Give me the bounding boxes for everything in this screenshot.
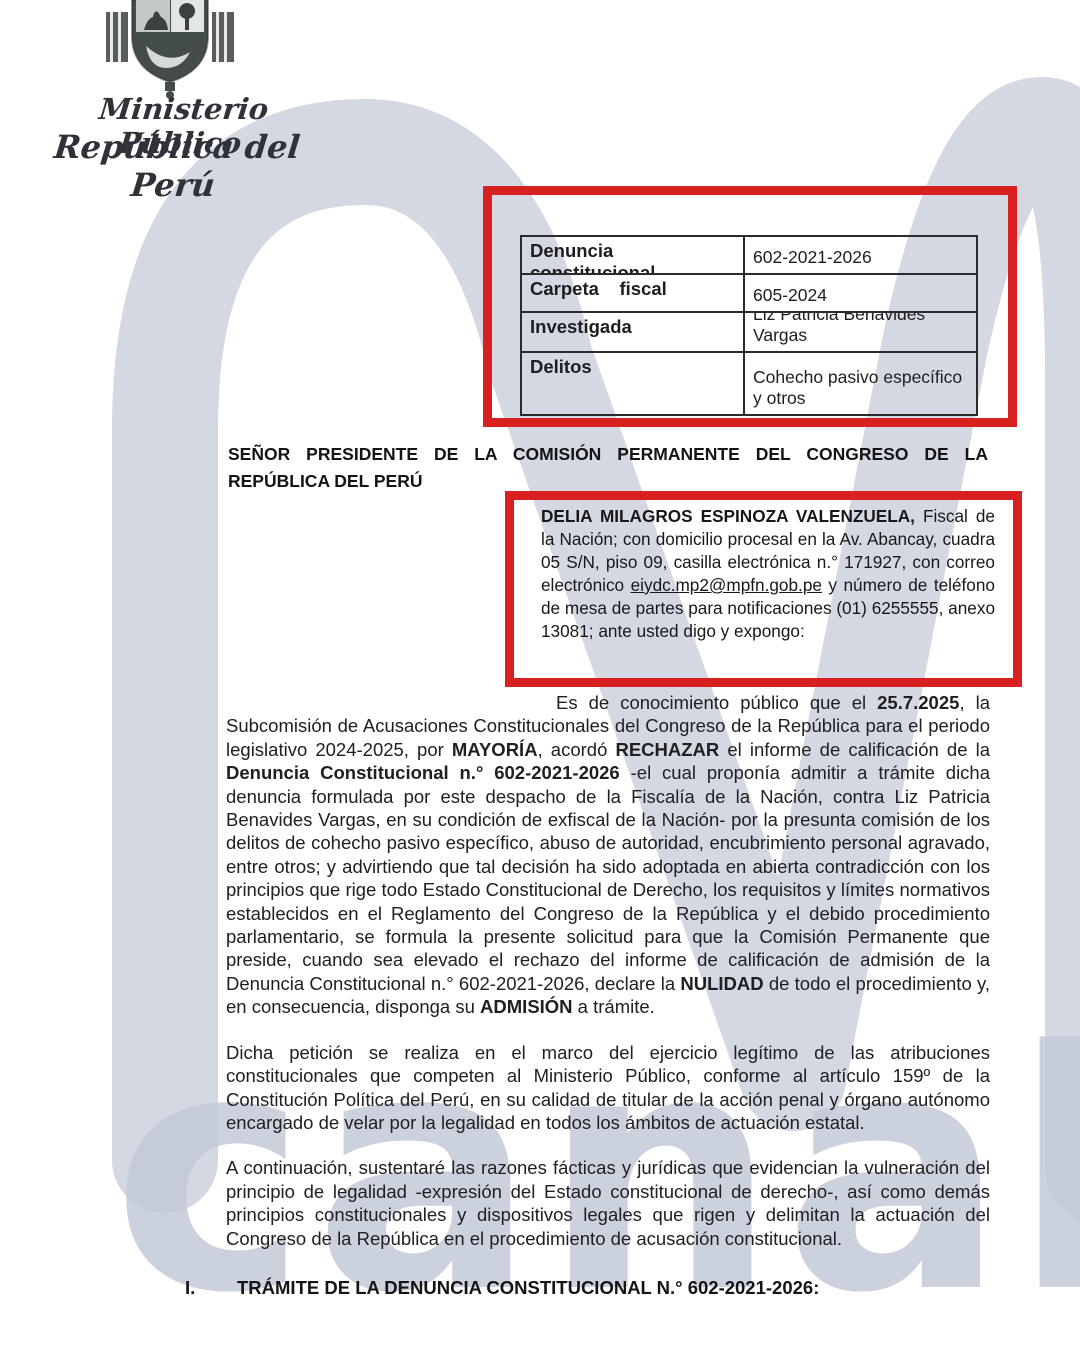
section-numeral: I.	[185, 1276, 237, 1299]
peru-coat-of-arms-icon	[102, 0, 238, 100]
section-heading-tramite: I. TRÁMITE DE LA DENUNCIA CONSTITUCIONAL…	[226, 1276, 990, 1299]
salutation-line-1: SEÑOR PRESIDENTE DE LA COMISIÓN PERMANEN…	[228, 441, 988, 468]
paragraph-peticion: Dicha petición se realiza en el marco de…	[226, 1041, 990, 1135]
salutation-heading: SEÑOR PRESIDENTE DE LA COMISIÓN PERMANEN…	[228, 441, 988, 495]
paragraph-continuacion: A continuación, sustentaré las razones f…	[226, 1156, 990, 1250]
case-table-annotation-box	[483, 186, 1017, 427]
section-heading-text: TRÁMITE DE LA DENUNCIA CONSTITUCIONAL N.…	[237, 1276, 819, 1299]
paragraph-antecedentes: Es de conocimiento público que el 25.7.2…	[226, 691, 990, 1019]
republic-name: República del Perú	[36, 128, 314, 204]
intro-annotation-box	[505, 491, 1022, 687]
document-page: canal Ministerio Público República del P…	[0, 0, 1080, 1350]
document-body: Es de conocimiento público que el 25.7.2…	[226, 691, 990, 1299]
